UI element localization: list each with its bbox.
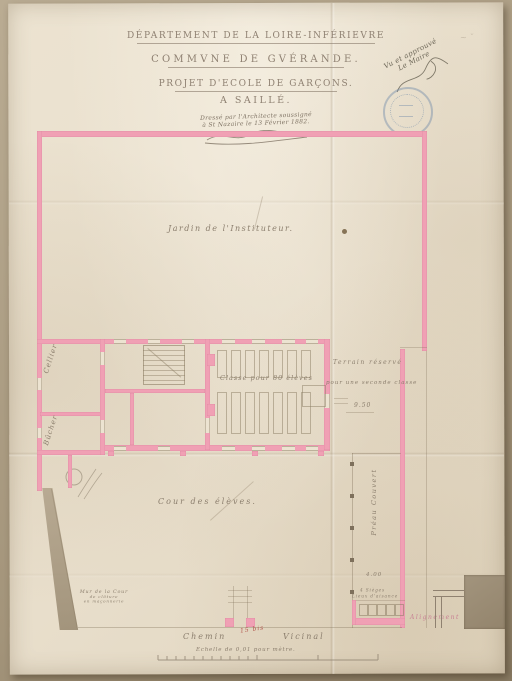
preau-post [350,462,354,466]
latrines-north-line [352,600,405,601]
wall-east-lower [400,349,405,628]
wall-rooms-divider [105,389,205,393]
neighbor-building [464,575,505,629]
scale-bar [152,652,384,666]
wall-yard-stub [68,455,72,488]
scanned-plan-photo: ~ ˘ DÉPARTEMENT DE LA LOIRE-INFÉRIEVRE C… [0,0,512,681]
boundary-jog-line [400,347,427,348]
door-opening [100,420,105,433]
fold-stain-dot [342,229,347,234]
entry-step-line [334,398,348,399]
gate-rail [247,586,248,622]
pilaster-stub [252,451,258,456]
window-opening [306,339,318,344]
latrines-west-wall [352,600,356,625]
door-opening [205,418,210,433]
window-opening [252,446,265,451]
window-opening [306,446,318,451]
window-opening [158,446,170,451]
neighbor-wall-vertical [435,597,442,628]
window-opening [282,339,295,344]
fireplace-pier [207,354,215,366]
preau-dimension: 4.00 [366,572,382,578]
classroom-desk [287,392,297,434]
gate-step-line [228,602,252,603]
wall-note: Mur de la Cour de clôture en maçonnerie [76,589,132,604]
window-opening [222,339,235,344]
wall-building-south [100,445,330,451]
latrine-stall [377,604,386,616]
classroom-desk [259,392,269,434]
mairie-stamp [383,87,433,137]
fireplace-pier [207,404,215,416]
door-opening [100,352,105,365]
wall-annex-divider [40,412,102,416]
title-underline-1 [137,43,375,44]
terrain-note-line1: Terrain réservé [333,359,402,366]
gate-step-line [228,596,252,597]
window-opening [114,339,126,344]
latrine-stall [359,604,368,616]
horizontal-fold-crease-upper [9,200,504,205]
dimension-line [346,412,374,413]
terrain-dimension: 9.50 [354,402,371,409]
road-label-vicinal: Vicinal [283,632,325,641]
window-opening [252,339,265,344]
latrine-stall [386,604,395,616]
pilaster-stub [318,451,324,456]
neighbor-wall-horizontal [433,590,464,597]
wall-room-divider-vertical [130,393,134,445]
pilaster-stub [180,451,186,456]
gate-post-left [225,618,234,627]
preau-post [350,494,354,498]
preau-top-line [352,453,401,454]
entry-step-line [334,403,348,404]
preau-post [350,526,354,530]
wall-note-line3: en maçonnerie [76,599,132,604]
garden-label: Jardin de l'Instituteur. [168,224,293,233]
preau-post [350,558,354,562]
latrines-label-line2: Lieux d'aisance [352,594,398,599]
classroom-desk [273,392,283,434]
road-label-chemin: Chemin [183,632,226,641]
latrines-south-wall [352,618,405,625]
terrain-note-line2: pour une seconde classe [326,380,417,386]
gate-rail [233,586,234,622]
latrine-stall [368,604,377,616]
title-underline-3 [175,91,337,92]
cour-label: Cour des élèves. [158,497,257,506]
title-underline-2 [168,67,344,68]
window-opening [37,378,42,390]
window-opening [282,446,295,451]
horizontal-fold-crease-lower [9,573,504,578]
wall-garden-north [37,131,427,137]
classroom-desk [217,392,227,434]
window-opening [182,339,194,344]
classroom-desk [245,392,255,434]
classroom-desk [231,392,241,434]
entrance-vestibule [302,385,326,407]
classroom-label: Classe pour 80 élèves [220,374,313,382]
pilaster-stub [108,451,114,456]
title-department: DÉPARTEMENT DE LA LOIRE-INFÉRIEVRE [20,31,492,41]
latrine-stall [395,604,404,616]
latrines-label-line1: 4 Sièges [360,588,385,593]
window-opening [148,339,160,344]
window-opening [37,428,42,438]
window-opening [114,446,126,451]
staircase [143,345,185,385]
gate-step-line [228,590,252,591]
wall-garden-east-upper [422,131,427,351]
window-opening [222,446,235,451]
preau-label: Préau Couvert [370,456,378,548]
old-boundary-pencil-line [426,351,427,628]
